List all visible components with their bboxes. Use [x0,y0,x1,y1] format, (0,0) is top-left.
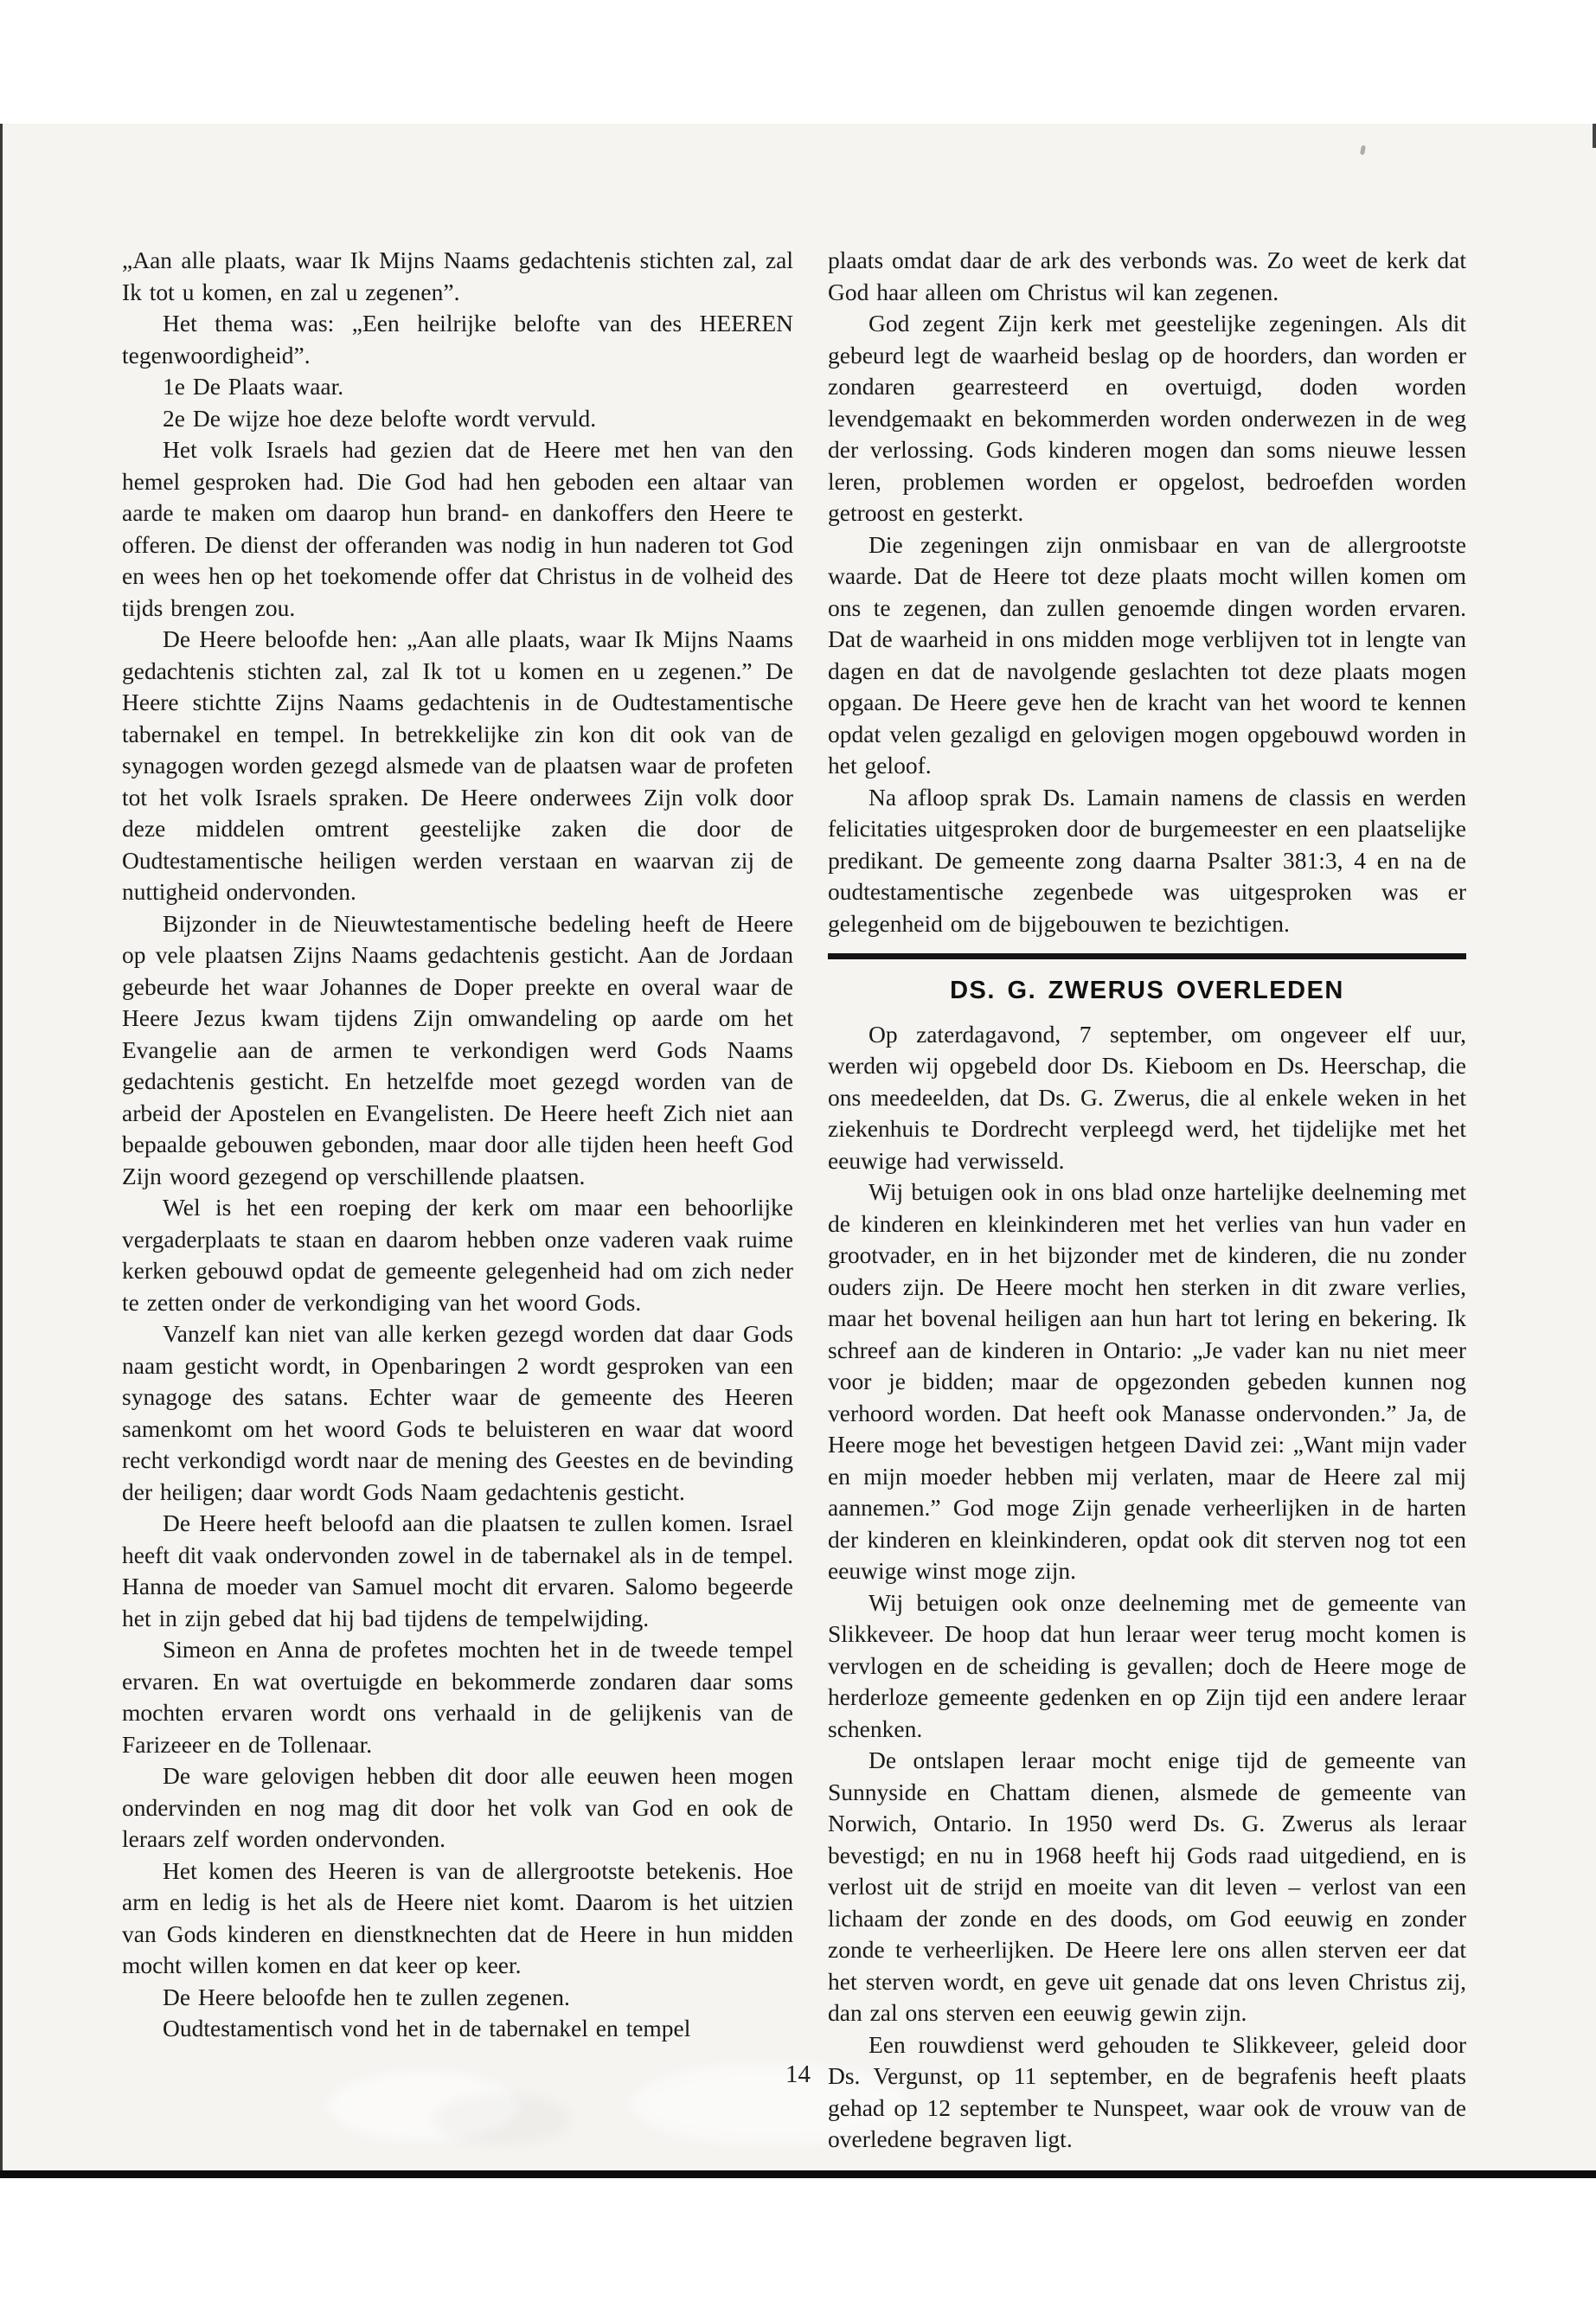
body-paragraph: Die zegeningen zijn onmisbaar en van de … [828,529,1466,782]
body-paragraph: De ontslapen leraar mocht enige tijd de … [828,1745,1466,2029]
scan-edge-left [0,124,3,2176]
body-paragraph: Wij betuigen ook in ons blad onze hartel… [828,1176,1466,1587]
right-column: plaats omdat daar de ark des verbonds wa… [828,245,1466,2156]
body-paragraph: plaats omdat daar de ark des verbonds wa… [828,245,1466,308]
body-paragraph: Het thema was: „Een heilrijke belofte va… [122,308,793,371]
body-paragraph: De Heere heeft beloofd aan die plaatsen … [122,1508,793,1634]
body-paragraph: Het komen des Heeren is van de allergroo… [122,1856,793,1982]
body-paragraph: Simeon en Anna de profetes mochten het i… [122,1634,793,1760]
left-column: „Aan alle plaats, waar Ik Mijns Naams ge… [122,245,793,2045]
scan-smudge [433,2093,571,2145]
body-paragraph: Een rouwdienst werd gehouden te Slikkeve… [828,2029,1466,2156]
body-paragraph: Wij betuigen ook onze deelneming met de … [828,1587,1466,1746]
scan-edge-right-mark [1593,124,1596,148]
body-paragraph: Na afloop sprak Ds. Lamain namens de cla… [828,782,1466,940]
body-paragraph: De Heere beloofde hen: „Aan alle plaats,… [122,624,793,908]
article-heading: DS. G. ZWERUS OVERLEDEN [828,975,1466,1007]
body-paragraph: 2e De wijze hoe deze belofte wordt vervu… [122,403,793,435]
body-paragraph: Wel is het een roeping der kerk om maar … [122,1192,793,1318]
scan-edge-bottom [0,2170,1596,2178]
body-paragraph: De Heere beloofde hen te zullen zegenen. [122,1982,793,2014]
body-paragraph: De ware gelovigen hebben dit door alle e… [122,1760,793,1856]
body-paragraph: „Aan alle plaats, waar Ik Mijns Naams ge… [122,245,793,308]
body-paragraph: God zegent Zijn kerk met geestelijke zeg… [828,308,1466,529]
document-page: „Aan alle plaats, waar Ik Mijns Naams ge… [0,0,1596,2301]
body-paragraph: Vanzelf kan niet van alle kerken gezegd … [122,1318,793,1508]
body-paragraph: Op zaterdagavond, 7 september, om ongeve… [828,1019,1466,1177]
body-paragraph: Het volk Israels had gezien dat de Heere… [122,434,793,624]
body-paragraph: Oudtestamentisch vond het in de tabernak… [122,2013,793,2045]
body-paragraph: 1e De Plaats waar. [122,371,793,403]
page-number: 14 [0,2061,1596,2089]
body-paragraph: Bijzonder in de Nieuwtestamentische bede… [122,908,793,1193]
section-divider [828,953,1466,959]
